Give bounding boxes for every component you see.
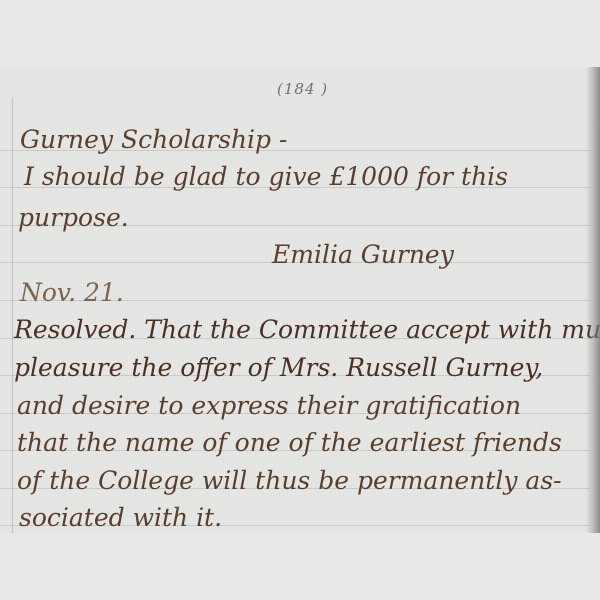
- letter-line-2: purpose.: [18, 205, 129, 230]
- margin-rule: [12, 97, 13, 533]
- resolution-line-6: sociated with it.: [19, 505, 222, 530]
- resolution-line-1: Resolved. That the Committee accept with…: [14, 317, 600, 342]
- page-edge-shadow: [586, 67, 600, 533]
- signature: Emilia Gurney: [272, 242, 454, 267]
- resolution-line-4: that the name of one of the earliest fri…: [17, 430, 562, 455]
- entry-date: Nov. 21.: [20, 280, 124, 305]
- resolution-line-3: and desire to express their gratificatio…: [17, 393, 521, 418]
- letter-line-1: I should be glad to give £1000 for this: [24, 164, 508, 189]
- heading-gurney-scholarship: Gurney Scholarship -: [20, 127, 287, 152]
- manuscript-page: (184 ) Gurney Scholarship - I should be …: [0, 67, 600, 533]
- page-number: (184 ): [277, 80, 328, 98]
- resolution-line-2: pleasure the offer of Mrs. Russell Gurne…: [14, 355, 543, 380]
- resolution-line-5: of the College will thus be permanently …: [17, 468, 562, 493]
